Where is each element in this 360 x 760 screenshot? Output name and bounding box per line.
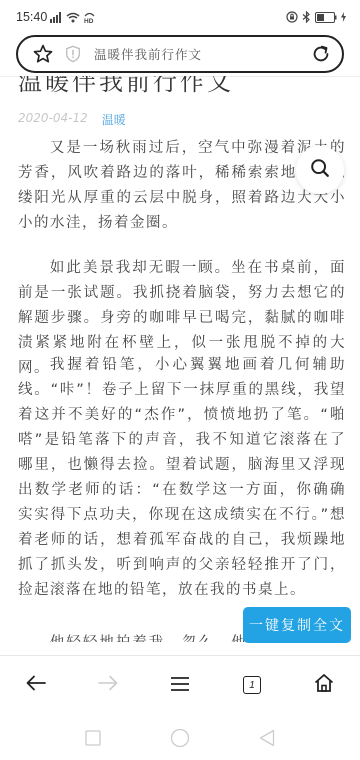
svg-text:HD: HD [84, 18, 94, 23]
menu-button[interactable] [160, 670, 200, 700]
address-title[interactable]: 温暖伴我前行作文 [94, 45, 310, 63]
hd-icon: HD [83, 11, 96, 23]
paragraph-3: 我握着铅笔，小心翼翼地画着几何辅助线。“咔”！卷子上留下一抹厚重的黑线，我望着这… [18, 353, 346, 603]
tabs-button[interactable]: 1 [232, 670, 272, 700]
browser-toolbar: 1 [0, 655, 360, 729]
charging-icon [341, 12, 346, 22]
reload-icon[interactable] [310, 43, 332, 65]
article-date: 2020-04-12 [18, 111, 88, 128]
article-title: 温暖伴我前行作文 [18, 76, 234, 97]
battery-icon [315, 12, 337, 23]
shield-alert-icon[interactable] [64, 45, 82, 63]
wifi-icon [66, 12, 80, 23]
back-button[interactable] [16, 670, 56, 700]
search-icon [309, 157, 331, 183]
address-bar[interactable]: 温暖伴我前行作文 [16, 35, 344, 73]
paragraph-1: 又是一场秋雨过后，空气中弥漫着泥土的芳香，风吹着路边的落叶，稀稀索索地响，几缕阳… [18, 136, 346, 236]
status-time: 15:40 [16, 10, 47, 24]
star-icon[interactable] [32, 43, 54, 65]
forward-button[interactable] [88, 670, 128, 700]
home-icon [314, 673, 334, 697]
search-button[interactable] [296, 146, 344, 194]
recents-icon[interactable] [85, 730, 101, 750]
home-circle-icon[interactable] [170, 728, 190, 752]
menu-icon [171, 676, 189, 695]
article-meta: 2020-04-12 温暖 [18, 111, 126, 128]
bluetooth-icon [302, 11, 311, 23]
article-author-link[interactable]: 温暖 [102, 111, 126, 128]
tabs-icon: 1 [243, 676, 261, 694]
status-left: 15:40 HD [16, 10, 96, 24]
back-triangle-icon[interactable] [259, 729, 275, 751]
status-bar: 15:40 HD [0, 0, 360, 34]
back-icon [26, 675, 46, 695]
forward-icon [98, 675, 118, 695]
copy-all-button[interactable]: 一键复制全文 [243, 607, 351, 643]
home-button[interactable] [304, 670, 344, 700]
lock-rotation-icon [286, 11, 298, 23]
signal-icon [50, 12, 63, 23]
status-right [286, 11, 346, 23]
